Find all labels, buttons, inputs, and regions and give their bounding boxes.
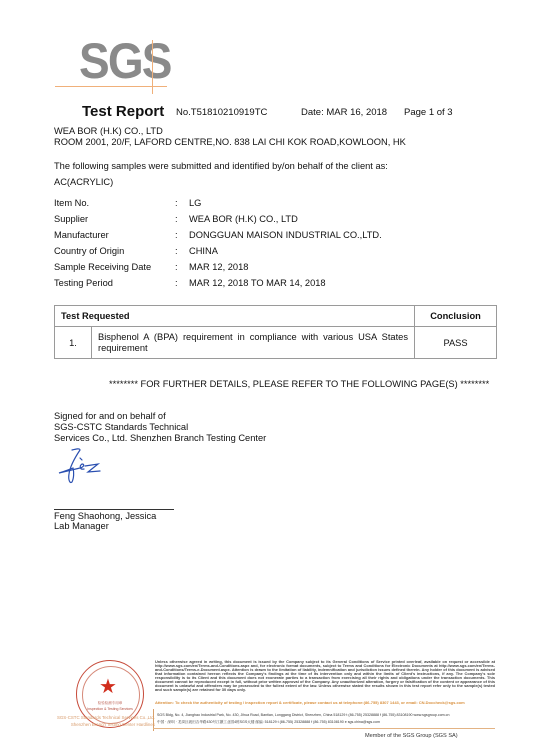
sgs-member-text: Member of the SGS Group (SGS SA) <box>365 733 458 739</box>
tests-table: Test Requested Conclusion 1. Bisphenol A… <box>54 305 497 359</box>
client-address: ROOM 2001, 20/F, LAFORD CENTRE,NO. 838 L… <box>54 137 406 148</box>
footer-address-en: SGS Bldg, No. 4, Jianghao Industrial Par… <box>157 713 497 717</box>
detail-colon: : <box>175 262 178 273</box>
detail-value: WEA BOR (H.K) CO., LTD <box>189 214 298 225</box>
test-conclusion: PASS <box>415 327 497 359</box>
test-description: Bisphenol A (BPA) requirement in complia… <box>92 327 415 359</box>
authenticity-notice: Attention: To check the authenticity of … <box>155 701 495 706</box>
detail-label: Country of Origin <box>54 246 124 257</box>
footer-company-line1: SGS-CSTC Standards Technical Services Co… <box>50 715 155 721</box>
detail-label: Sample Receiving Date <box>54 262 151 273</box>
further-details-note: ******** FOR FURTHER DETAILS, PLEASE REF… <box>109 379 489 390</box>
detail-label: Testing Period <box>54 278 113 289</box>
report-number: No.T51810210919TC <box>176 107 267 118</box>
footer-horizontal-rule <box>153 728 495 729</box>
detail-colon: : <box>175 278 178 289</box>
client-name: WEA BOR (H.K) CO., LTD <box>54 126 163 137</box>
report-title: Test Report <box>82 103 164 120</box>
detail-value: MAR 12, 2018 <box>189 262 248 273</box>
sgs-logo: SGS <box>79 36 171 86</box>
report-date: Date: MAR 16, 2018 <box>301 107 387 118</box>
detail-colon: : <box>175 246 178 257</box>
handwritten-signature <box>58 446 103 488</box>
table-row: 1. Bisphenol A (BPA) requirement in comp… <box>55 327 497 359</box>
legal-disclaimer: Unless otherwise agreed in writing, this… <box>155 660 495 692</box>
signature-line <box>54 509 174 510</box>
sample-name: AC(ACRYLIC) <box>54 177 113 188</box>
detail-label: Item No. <box>54 198 89 209</box>
intro-text: The following samples were submitted and… <box>54 161 388 172</box>
signing-org-line1: SGS-CSTC Standards Technical <box>54 422 188 433</box>
signing-org-line2: Services Co., Ltd. Shenzhen Branch Testi… <box>54 433 266 444</box>
header-conclusion: Conclusion <box>415 306 497 327</box>
page-indicator: Page 1 of 3 <box>404 107 453 118</box>
logo-vertical-rule <box>152 40 153 94</box>
detail-colon: : <box>175 230 178 241</box>
header-test-requested: Test Requested <box>55 306 415 327</box>
detail-value: LG <box>189 198 201 209</box>
logo-horizontal-rule <box>55 86 167 87</box>
row-number: 1. <box>55 327 92 359</box>
detail-label: Supplier <box>54 214 88 225</box>
detail-value: DONGGUAN MAISON INDUSTRIAL CO.,LTD. <box>189 230 382 241</box>
stamp-text-en: Inspection & Testing Services <box>77 707 143 711</box>
signatory-role: Lab Manager <box>54 521 109 532</box>
footer-address-cn: 中国 · 深圳 · 龙岗区坂田吉华路430号江灏工业园4栋SGS大楼 邮编: 5… <box>157 720 497 725</box>
detail-label: Manufacturer <box>54 230 109 241</box>
footer-company-line2: Shenzhen Branch Testing Center Hardlines <box>50 722 155 728</box>
table-header-row: Test Requested Conclusion <box>55 306 497 327</box>
signed-for-text: Signed for and on behalf of <box>54 411 166 422</box>
detail-colon: : <box>175 198 178 209</box>
detail-colon: : <box>175 214 178 225</box>
detail-value: CHINA <box>189 246 218 257</box>
star-icon: ★ <box>99 677 117 697</box>
stamp-text-cn: 检验检测专用章 <box>77 701 143 706</box>
detail-value: MAR 12, 2018 TO MAR 14, 2018 <box>189 278 326 289</box>
